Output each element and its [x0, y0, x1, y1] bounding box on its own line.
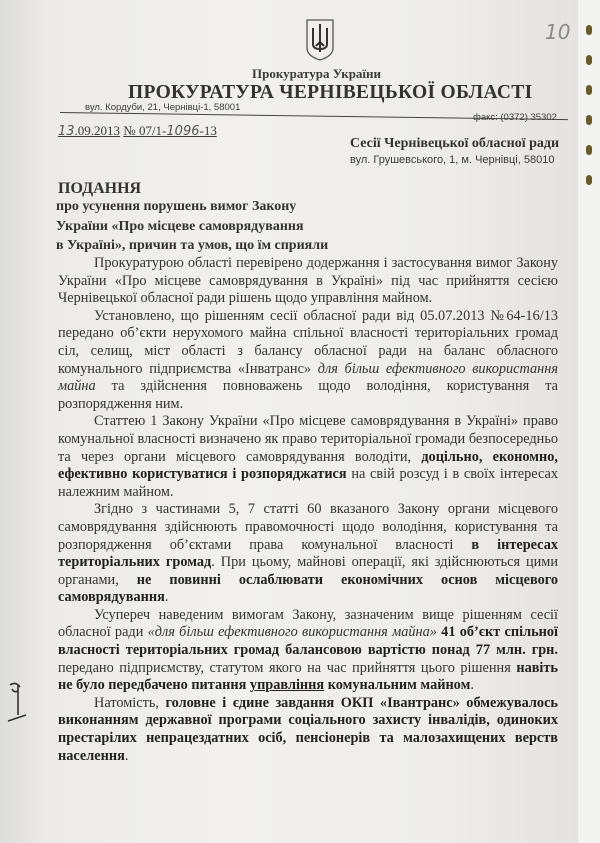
- ref-date: .09.2013: [75, 123, 121, 138]
- recipient-block: Сесії Чернівецької обласної ради вул. Гр…: [350, 136, 559, 166]
- org-name: ПРОКУРАТУРА ЧЕРНІВЕЦЬКОЇ ОБЛАСТІ: [128, 82, 533, 104]
- recipient-address: вул. Грушевського, 1, м. Чернівці, 58010: [350, 154, 559, 166]
- org-parent: Прокуратура України: [252, 66, 381, 82]
- subject-line: про усунення порушень вимог Закону: [56, 197, 328, 217]
- document-subject: про усунення порушень вимог Закону Украї…: [56, 197, 328, 256]
- ref-number: 1096: [166, 124, 199, 139]
- reference-line: 13.09.2013 № 07/1-1096-13: [58, 123, 217, 139]
- paragraph-2: Установлено, що рішенням сесії обласної …: [58, 308, 558, 414]
- page-edge: [578, 0, 600, 843]
- paragraph-6: Натомість, головне і єдине завдання ОКП …: [58, 695, 558, 765]
- subject-line: України «Про місцеве самоврядування: [56, 217, 328, 237]
- trident-icon: [305, 18, 335, 62]
- subject-line: в Україні», причин та умов, що їм сприял…: [56, 236, 328, 256]
- page-number: 10: [545, 20, 570, 44]
- paragraph-4: Згідно з частинами 5, 7 статті 60 вказан…: [58, 501, 558, 607]
- document-body: Прокуратурою області перевірено додержан…: [58, 255, 558, 765]
- ref-number-prefix: № 07/1-: [123, 123, 166, 138]
- org-address: вул. Кордуби, 21, Чернівці-1, 58001: [85, 102, 240, 113]
- recipient-name: Сесії Чернівецької обласної ради: [350, 136, 559, 152]
- paragraph-1: Прокуратурою області перевірено додержан…: [58, 255, 558, 308]
- ref-number-suffix: -13: [200, 123, 217, 138]
- document-page: 10 Прокуратура України ПРОКУРАТУРА ЧЕРНІ…: [0, 0, 578, 843]
- ref-day: 13: [58, 124, 75, 139]
- document-title: ПОДАННЯ: [58, 180, 141, 198]
- paragraph-5: Усупереч наведеним вимогам Закону, зазна…: [58, 607, 558, 695]
- paragraph-3: Статтею 1 Закону України «Про місцеве са…: [58, 413, 558, 501]
- handwritten-mark-icon: [6, 681, 28, 723]
